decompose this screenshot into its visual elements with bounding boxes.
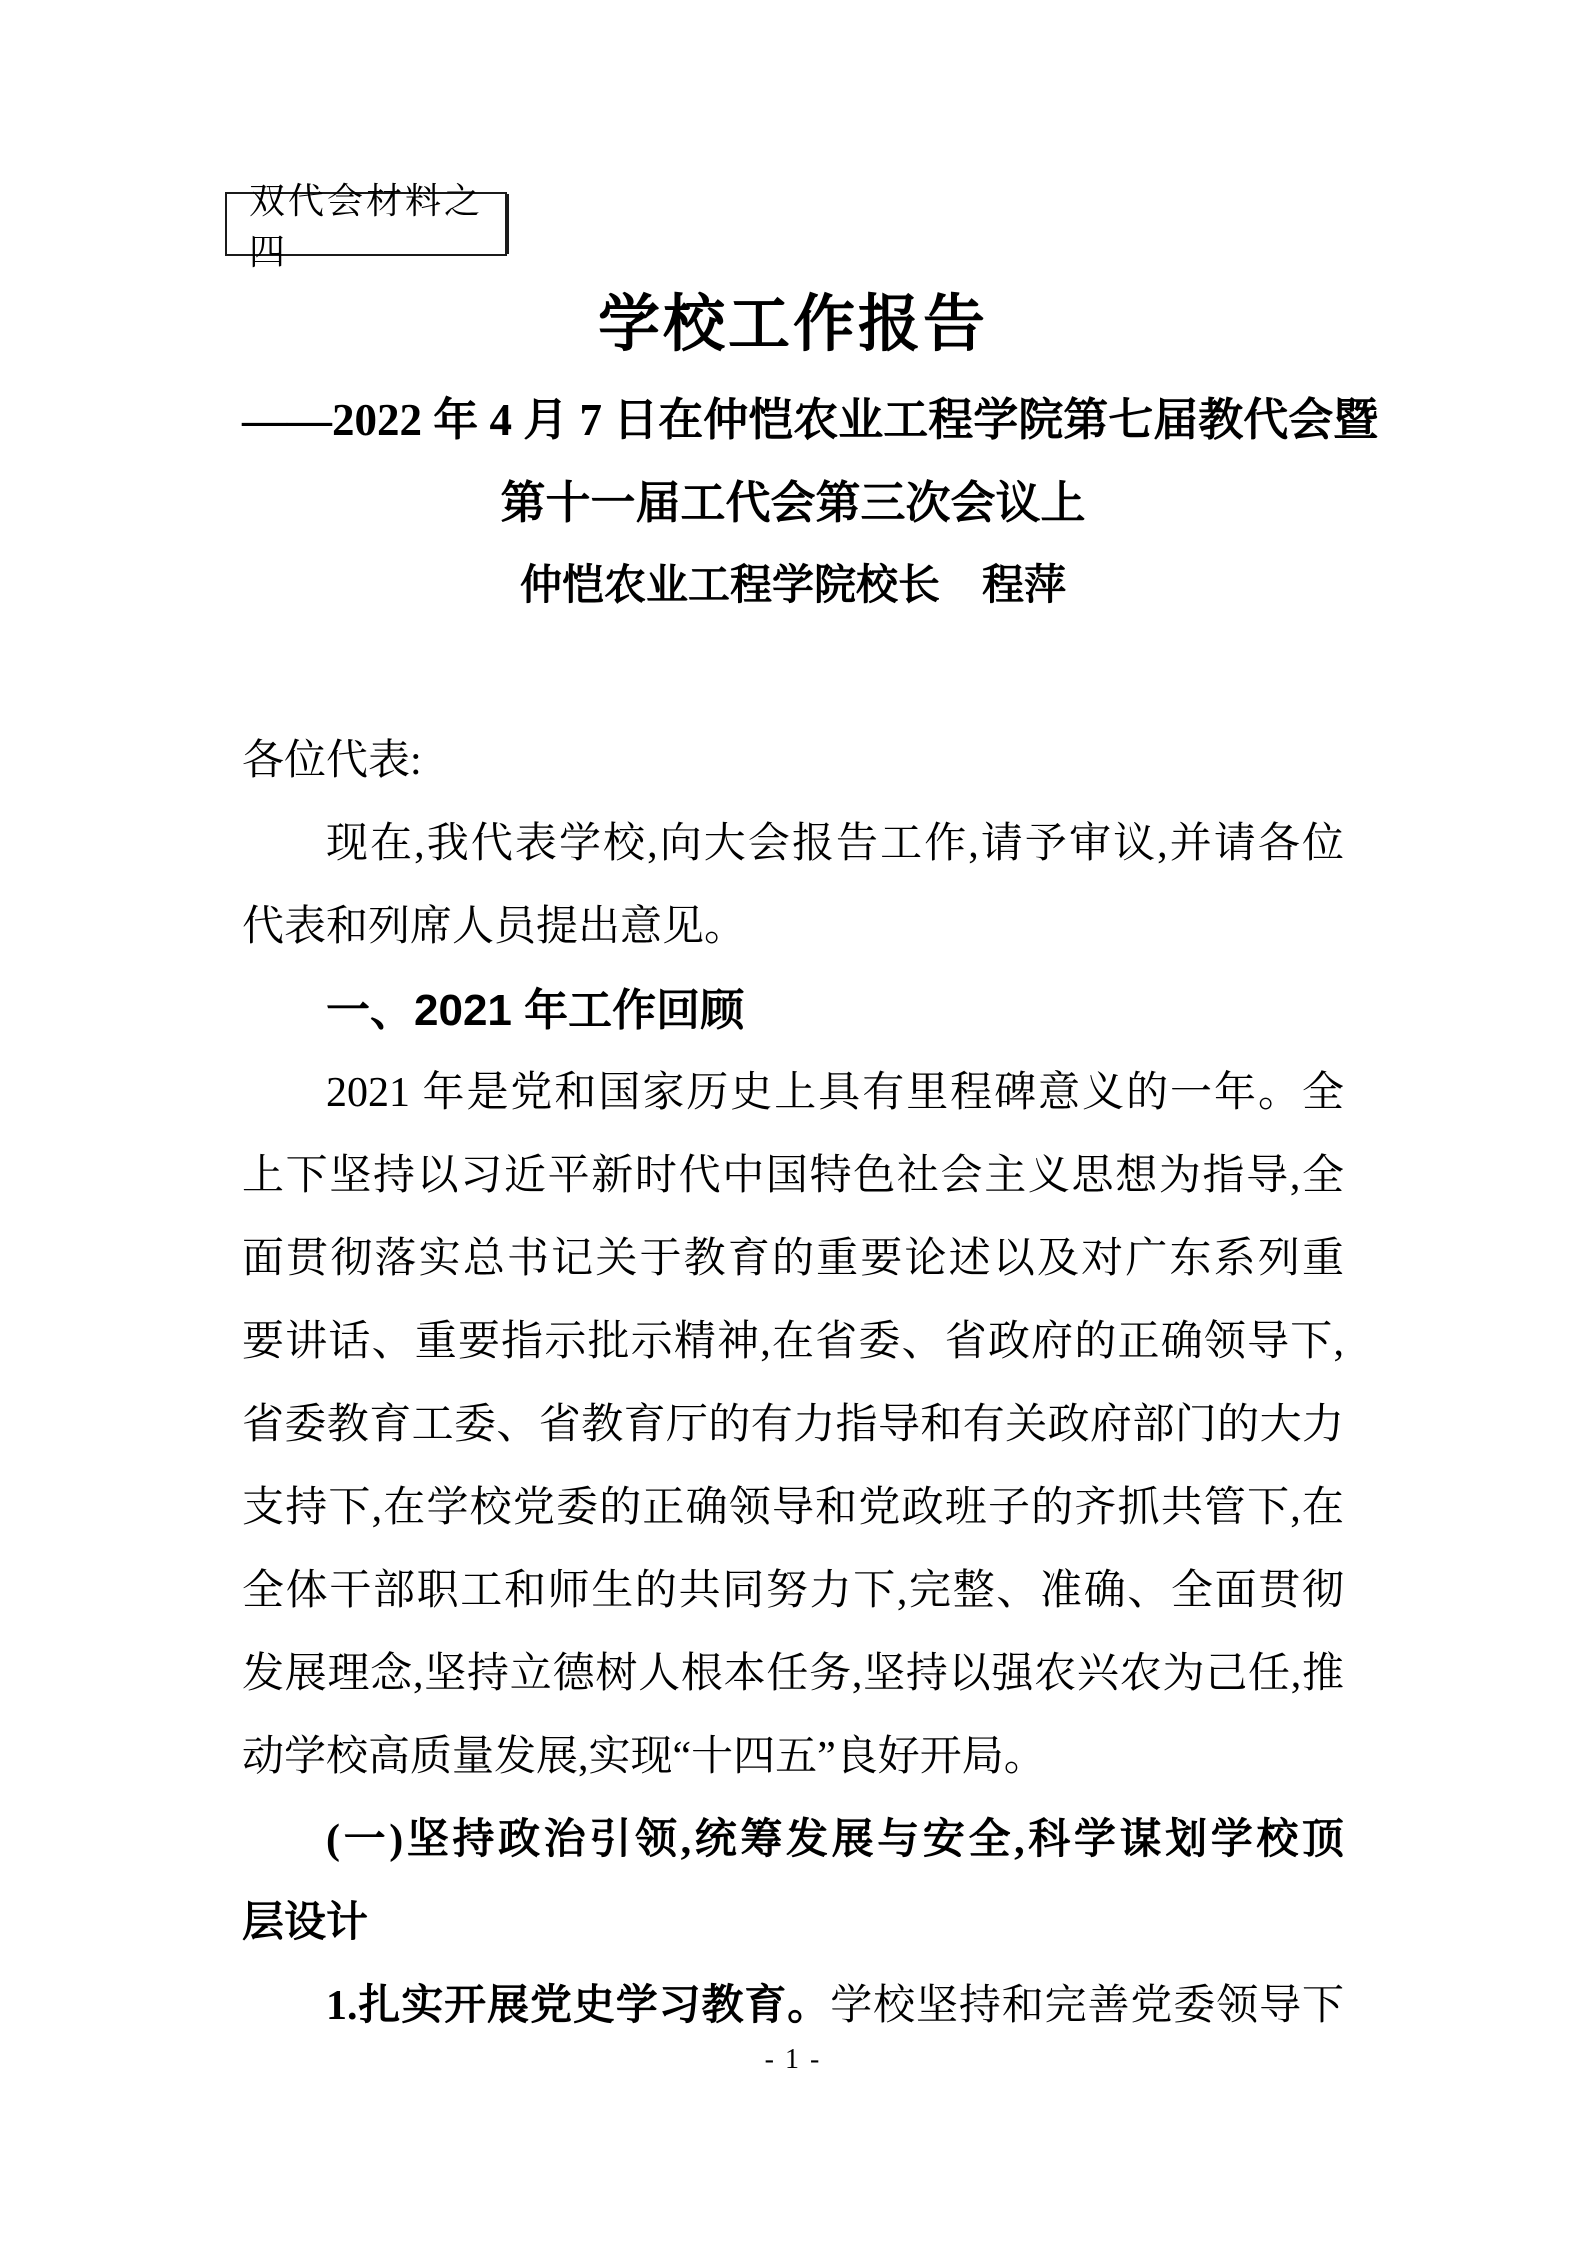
item-1-lead: 1.扎实开展党史学习教育。 [326,1983,830,2029]
para-1-line-8: 发展理念,坚持立德树人根本任务,坚持以强农兴农为己任,推 [242,1633,1344,1716]
para-1-line-9: 动学校高质量发展,实现“十四五”良好开局。 [242,1716,1344,1799]
report-subtitle-line-2: 第十一届工代会第三次会议上 [242,462,1344,545]
para-1-line-4: 要讲话、重要指示批示精神,在省委、省政府的正确领导下,在 [242,1301,1344,1384]
report-title: 学校工作报告 [242,275,1344,375]
report-byline: 仲恺农业工程学院校长 程萍 [242,545,1344,628]
intro-line-1: 现在,我代表学校,向大会报告工作,请予审议,并请各位 [242,803,1344,886]
section-1-heading: 一、2021 年工作回顾 [242,969,1344,1052]
item-1-line: 1.扎实开展党史学习教育。学校坚持和完善党委领导下 [242,1965,1344,2048]
para-1-line-7: 全体干部职工和师生的共同努力下,完整、准确、全面贯彻新 [242,1550,1344,1633]
page-number: - 1 - [0,2040,1586,2080]
intro-line-2: 代表和列席人员提出意见。 [242,886,1344,969]
subsection-1-heading-line-2: 层设计 [242,1882,1344,1965]
item-1-rest: 学校坚持和完善党委领导下 [830,1983,1344,2029]
para-1-line-3: 面贯彻落实总书记关于教育的重要论述以及对广东系列重 [242,1218,1344,1301]
report-body: 各位代表: 现在,我代表学校,向大会报告工作,请予审议,并请各位 代表和列席人员… [242,720,1344,2048]
document-text-column: 学校工作报告 ——2022 年 4 月 7 日在仲恺农业工程学院第七届教代会暨 … [242,0,1344,2048]
salutation-line: 各位代表: [242,720,1344,803]
para-1-line-2: 上下坚持以习近平新时代中国特色社会主义思想为指导,全 [242,1135,1344,1218]
subsection-1-heading-line-1: (一)坚持政治引领,统筹发展与安全,科学谋划学校顶 [242,1799,1344,1882]
para-1-line-1: 2021 年是党和国家历史上具有里程碑意义的一年。全校 [242,1052,1344,1135]
para-1-line-6: 支持下,在学校党委的正确领导和党政班子的齐抓共管下,在 [242,1467,1344,1550]
para-1-line-5: 省委教育工委、省教育厅的有力指导和有关政府部门的大力 [242,1384,1344,1467]
document-page: 双代会材料之四 学校工作报告 ——2022 年 4 月 7 日在仲恺农业工程学院… [0,0,1586,2245]
report-subtitle-line-1: ——2022 年 4 月 7 日在仲恺农业工程学院第七届教代会暨 [242,379,1344,462]
report-subtitle: ——2022 年 4 月 7 日在仲恺农业工程学院第七届教代会暨 第十一届工代会… [242,379,1344,545]
